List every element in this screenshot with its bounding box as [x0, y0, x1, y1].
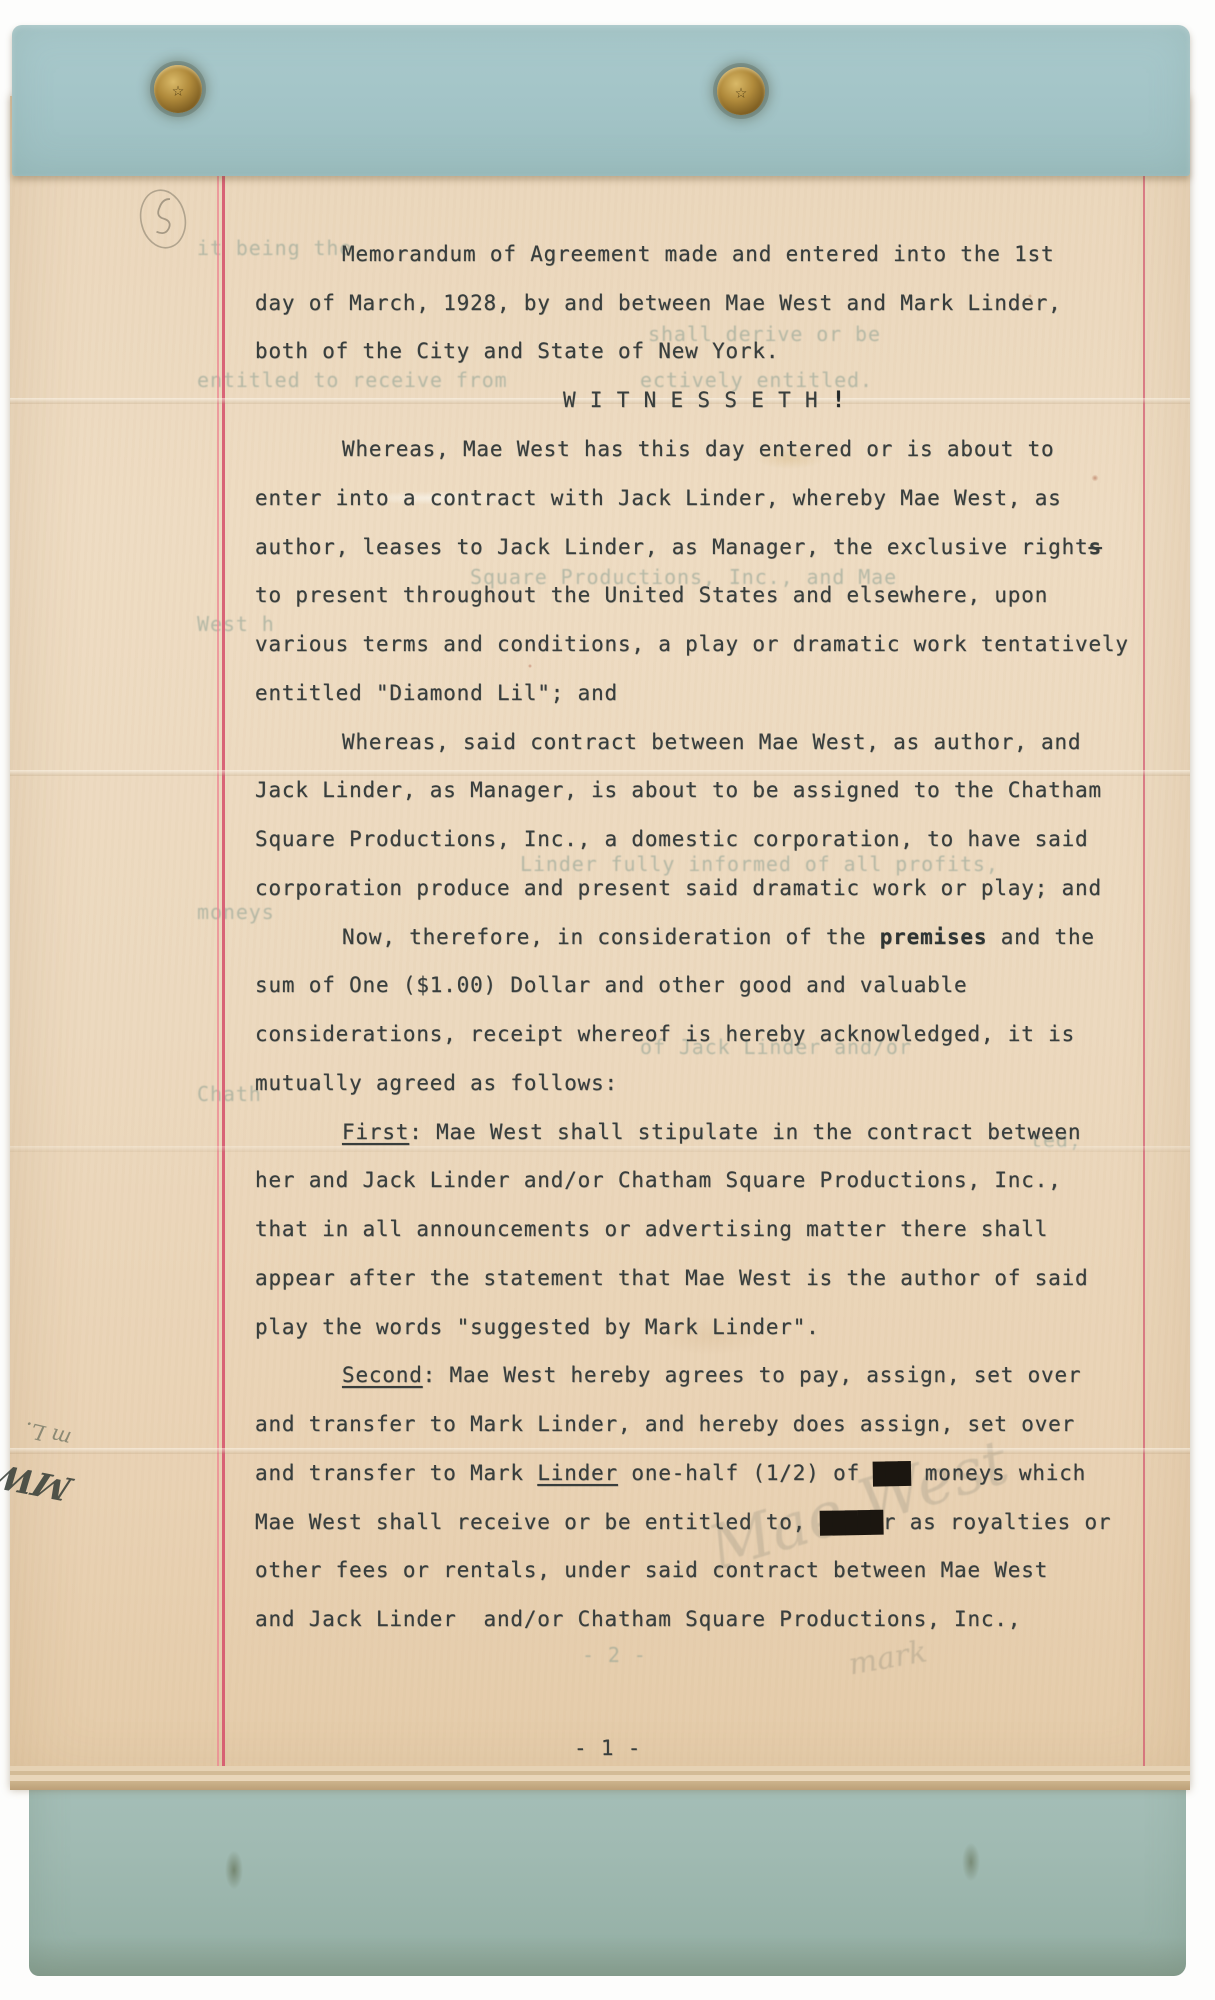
typed-line: considerations, receipt whereof is hereb… [255, 1020, 1075, 1048]
typed-text: Whereas, Mae West has this day entered o… [342, 437, 1054, 461]
typed-line: enter into a contract with Jack Linder, … [255, 484, 1062, 512]
typed-text: to present throughout the United States … [255, 583, 1048, 607]
star-emboss-icon: ☆ [172, 77, 184, 101]
typed-line: author, leases to Jack Linder, as Manage… [255, 533, 1102, 561]
typed-text: and Jack Linder and/or Chatham Square Pr… [255, 1607, 1021, 1631]
typed-text: and the [987, 925, 1095, 949]
typed-text: s [1088, 535, 1101, 559]
typed-text: moneys which [911, 1461, 1086, 1485]
typed-line: mutually agreed as follows: [255, 1069, 618, 1097]
typed-text: and transfer to Mark [255, 1461, 537, 1485]
typed-text: sum of One ($1.00) Dollar and other good… [255, 973, 967, 997]
typed-line: play the words "suggested by Mark Linder… [255, 1313, 820, 1341]
typed-line: that in all announcements or advertising… [255, 1215, 1048, 1243]
typed-text: : Mae West shall stipulate in the contra… [409, 1120, 1081, 1144]
blue-backer-top: ☆ ☆ [12, 25, 1190, 176]
typed-text: corporation produce and present said dra… [255, 876, 1102, 900]
typed-line: other fees or rentals, under said contra… [255, 1556, 1048, 1584]
star-emboss-icon: ☆ [735, 79, 747, 103]
typed-text: various terms and conditions, a play or … [255, 632, 1129, 656]
typed-text: premises [880, 925, 988, 949]
typed-line: corporation produce and present said dra… [255, 874, 1102, 902]
typed-line: various terms and conditions, a play or … [255, 630, 1129, 658]
typed-text: mutually agreed as follows: [255, 1071, 618, 1095]
typed-text: Whereas, said contract between Mae West,… [342, 730, 1081, 754]
typed-line: Mae West shall receive or be entitled to… [255, 1508, 1111, 1536]
typed-text: Jack Linder, as Manager, is about to be … [255, 778, 1102, 802]
redaction-mark: █████ [819, 1508, 883, 1537]
typed-line: Memorandum of Agreement made and entered… [342, 240, 1054, 268]
typed-text: First [342, 1120, 409, 1144]
typed-text: considerations, receipt whereof is hereb… [255, 1022, 1075, 1046]
redaction-mark: ███ [873, 1460, 911, 1489]
typed-line: Jack Linder, as Manager, is about to be … [255, 776, 1102, 804]
typed-text: W I T N E S S E T H [563, 388, 832, 412]
typed-line: day of March, 1928, by and between Mae W… [255, 289, 1062, 317]
typed-text: r as royalties or [883, 1510, 1112, 1534]
typed-text: entitled "Diamond Lil"; and [255, 681, 618, 705]
page-number: - 1 - [574, 1736, 641, 1760]
typed-line: Second: Mae West hereby agrees to pay, a… [342, 1361, 1081, 1389]
typed-text: appear after the statement that Mae West… [255, 1266, 1088, 1290]
typed-text: enter into a contract with Jack Linder, … [255, 486, 1062, 510]
typed-text-block: Memorandum of Agreement made and entered… [10, 96, 1190, 1790]
typed-text: Linder [537, 1461, 618, 1485]
typed-line: both of the City and State of New York. [255, 337, 779, 365]
typed-line: Now, therefore, in consideration of the … [342, 923, 1095, 951]
typed-text: play the words "suggested by Mark Linder… [255, 1315, 820, 1339]
typed-text: author, leases to Jack Linder, as Manage… [255, 535, 1088, 559]
typed-line: Square Productions, Inc., a domestic cor… [255, 825, 1088, 853]
brass-fastener-right: ☆ [717, 67, 765, 115]
typed-text: other fees or rentals, under said contra… [255, 1558, 1048, 1582]
typed-line: W I T N E S S E T H ! [563, 386, 846, 415]
typed-text: one-half (1/2) of [618, 1461, 873, 1485]
typed-text: day of March, 1928, by and between Mae W… [255, 291, 1062, 315]
brass-fastener-left: ☆ [154, 65, 202, 113]
document-scan: it being theshall derive or beentitled t… [0, 0, 1215, 2000]
typed-line: Whereas, Mae West has this day entered o… [342, 435, 1054, 463]
typed-text: ! [832, 388, 846, 413]
typed-text: Memorandum of Agreement made and entered… [342, 242, 1054, 266]
paper-page: it being theshall derive or beentitled t… [10, 96, 1190, 1790]
typed-text: Now, therefore, in consideration of the [342, 925, 880, 949]
typed-line: her and Jack Linder and/or Chatham Squar… [255, 1166, 1062, 1194]
typed-text: Mae West shall receive or be entitled to… [255, 1510, 820, 1534]
typed-line: and transfer to Mark Linder one-half (1/… [255, 1459, 1086, 1487]
typed-line: Whereas, said contract between Mae West,… [342, 728, 1081, 756]
typed-line: sum of One ($1.00) Dollar and other good… [255, 971, 967, 999]
typed-line: and Jack Linder and/or Chatham Square Pr… [255, 1605, 1021, 1633]
typed-text: her and Jack Linder and/or Chatham Squar… [255, 1168, 1062, 1192]
typed-text: and transfer to Mark Linder, and hereby … [255, 1412, 1075, 1436]
typed-text: : Mae West hereby agrees to pay, assign,… [423, 1363, 1082, 1387]
typed-text: Second [342, 1363, 423, 1387]
circled-pencil-mark [136, 184, 190, 254]
typed-line: appear after the statement that Mae West… [255, 1264, 1088, 1292]
typed-line: and transfer to Mark Linder, and hereby … [255, 1410, 1075, 1438]
typed-text: Square Productions, Inc., a domestic cor… [255, 827, 1088, 851]
typed-line: First: Mae West shall stipulate in the c… [342, 1118, 1081, 1146]
typed-line: entitled "Diamond Lil"; and [255, 679, 618, 707]
typed-text: that in all announcements or advertising… [255, 1217, 1048, 1241]
typed-text: both of the City and State of New York. [255, 339, 779, 363]
typed-line: to present throughout the United States … [255, 581, 1048, 609]
